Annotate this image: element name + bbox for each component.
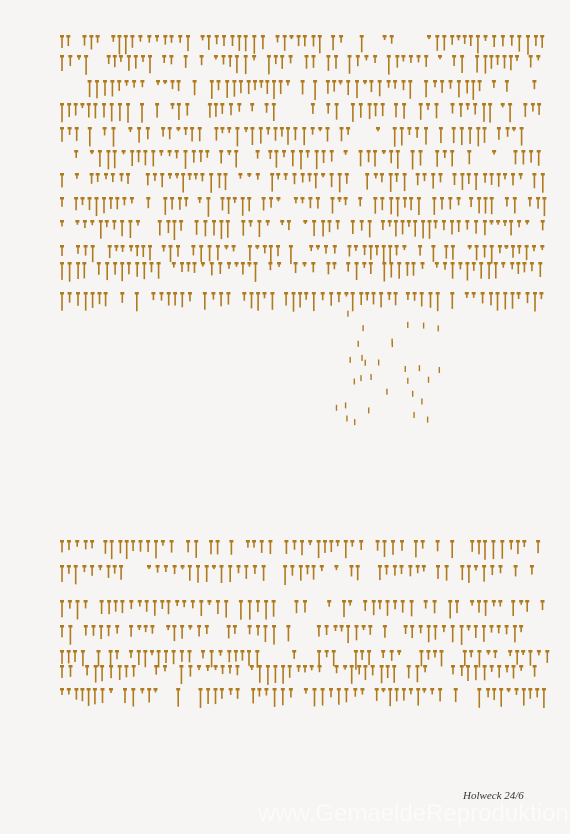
watermark: www.GemaeldeReproduktionen.de [258,800,570,828]
drip-artwork [0,0,570,834]
